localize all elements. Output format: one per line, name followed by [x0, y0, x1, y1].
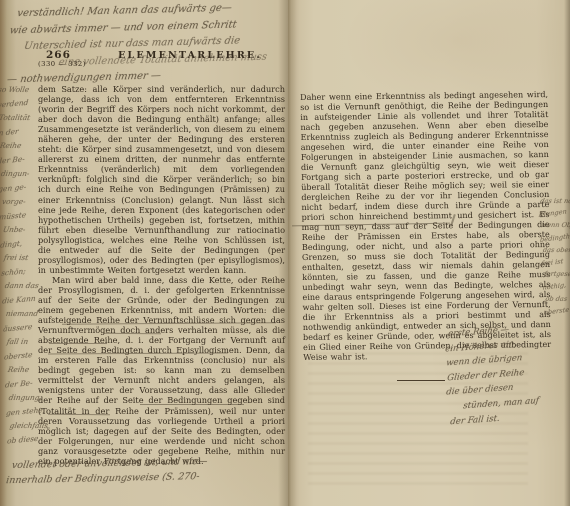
handwriting-fragment: schön; — [1, 266, 38, 278]
handwriting-fragment: gleichfalls — [9, 422, 43, 430]
paragraph: Daher wenn eine Erkenntniss als bedingt … — [300, 89, 551, 362]
running-head-left: ELEMENTARLEHRE. — [96, 50, 284, 61]
handwritten-note-right: erste Reihe —ein Höheres ein.wenn die üb… — [444, 319, 570, 430]
handwriting-fragment: Totalität — [0, 114, 33, 122]
handwriting-fragment: äussere — [3, 322, 40, 334]
page-reference-left: (330 — 332) — [38, 60, 86, 68]
handwriting-fragment: müsste — [0, 210, 36, 222]
book-spread: verständlich! Man kann das aufwärts ge—w… — [0, 0, 570, 506]
handwriting-fragment: dingun- — [0, 170, 34, 178]
handwriting-fragment: oberste — [4, 350, 41, 362]
handwriting-fragment: Reihe — [7, 366, 41, 374]
handwriting-fragment: so Wolle — [0, 86, 32, 94]
body-text-right: Daher wenn eine Erkenntniss als bedingt … — [300, 89, 551, 362]
paragraph: dem Satze: alle Körper sind veränderlich… — [38, 84, 285, 275]
book-edge-right — [564, 0, 570, 506]
handwriting-fragment: Unbe- — [2, 226, 36, 234]
handwriting-fragment: fall in — [6, 338, 40, 346]
handwriting-fragment: der Be- — [5, 378, 42, 390]
handwriting-fragment: der Be- — [0, 154, 34, 166]
section-divider-rule — [397, 380, 445, 381]
handwriting-fragment: niemand — [5, 310, 39, 318]
handwriting-fragment: dann das — [4, 282, 38, 290]
handwriting-fragment: Reihe — [0, 142, 33, 150]
handwriting-fragment: frei ist — [3, 254, 37, 262]
handwriting-fragment: dingung, — [8, 394, 42, 402]
left-page: verständlich! Man kann das aufwärts ge—w… — [0, 0, 288, 506]
paragraph: Man wird aber bald inne, dass die Kette,… — [38, 275, 285, 466]
handwritten-note-bottom: vollendet oder unvollendet ist, und nie—… — [6, 452, 307, 488]
body-text-left: dem Satze: alle Körper sind veränderlich… — [38, 84, 285, 466]
handwriting-fragment: dingt, — [0, 238, 37, 250]
handwriting-fragment: gen ge- — [0, 182, 35, 194]
handwriting-fragment: werdend — [0, 99, 32, 111]
handwritten-margin-left: so WollewerdendTotalitätin derReiheder B… — [0, 85, 43, 444]
handwriting-fragment: gen stehe, — [6, 406, 43, 418]
handwriting-fragment: vorge- — [1, 198, 35, 206]
handwriting-fragment: in der — [0, 126, 33, 138]
handwriting-fragment: die Kann — [2, 294, 39, 306]
